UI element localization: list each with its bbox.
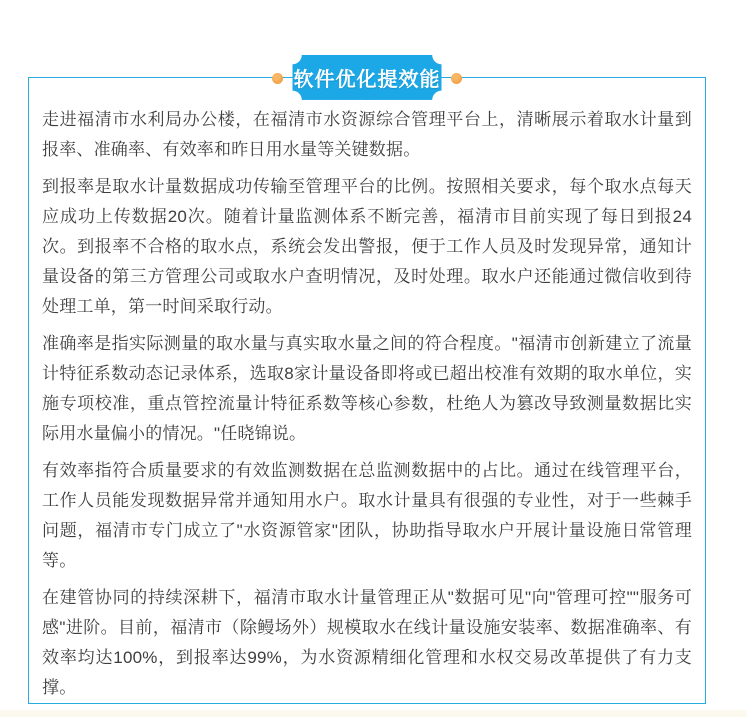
article-content-box: 软件优化提效能 走进福清市水利局办公楼，在福清市水资源综合管理平台上，清晰展示着… bbox=[28, 77, 706, 704]
paragraph-youxiaolv: 有效率指符合质量要求的有效监测数据在总监测数据中的占比。通过在线管理平台，工作人… bbox=[42, 456, 692, 576]
paragraph-zhunquelv: 准确率是指实际测量的取水量与真实取水量之间的符合程度。"福清市创新建立了流量计特… bbox=[42, 329, 692, 449]
section-title-badge: 软件优化提效能 bbox=[293, 55, 442, 100]
orange-dot-icon bbox=[451, 73, 462, 84]
section-title: 软件优化提效能 bbox=[294, 63, 441, 92]
paragraph-conclusion: 在建管协同的持续深耕下，福清市取水计量管理正从"数据可见"向"管理可控""服务可… bbox=[42, 583, 692, 703]
paragraph-intro: 走进福清市水利局办公楼，在福清市水资源综合管理平台上，清晰展示着取水计量到报率、… bbox=[42, 105, 692, 165]
paragraph-daobaolv: 到报率是取水计量数据成功传输至管理平台的比例。按照相关要求，每个取水点每天应成功… bbox=[42, 172, 692, 322]
article-page: 软件优化提效能 走进福清市水利局办公楼，在福清市水资源综合管理平台上，清晰展示着… bbox=[0, 0, 747, 728]
bottom-strip bbox=[0, 710, 747, 717]
orange-dot-icon bbox=[272, 73, 283, 84]
